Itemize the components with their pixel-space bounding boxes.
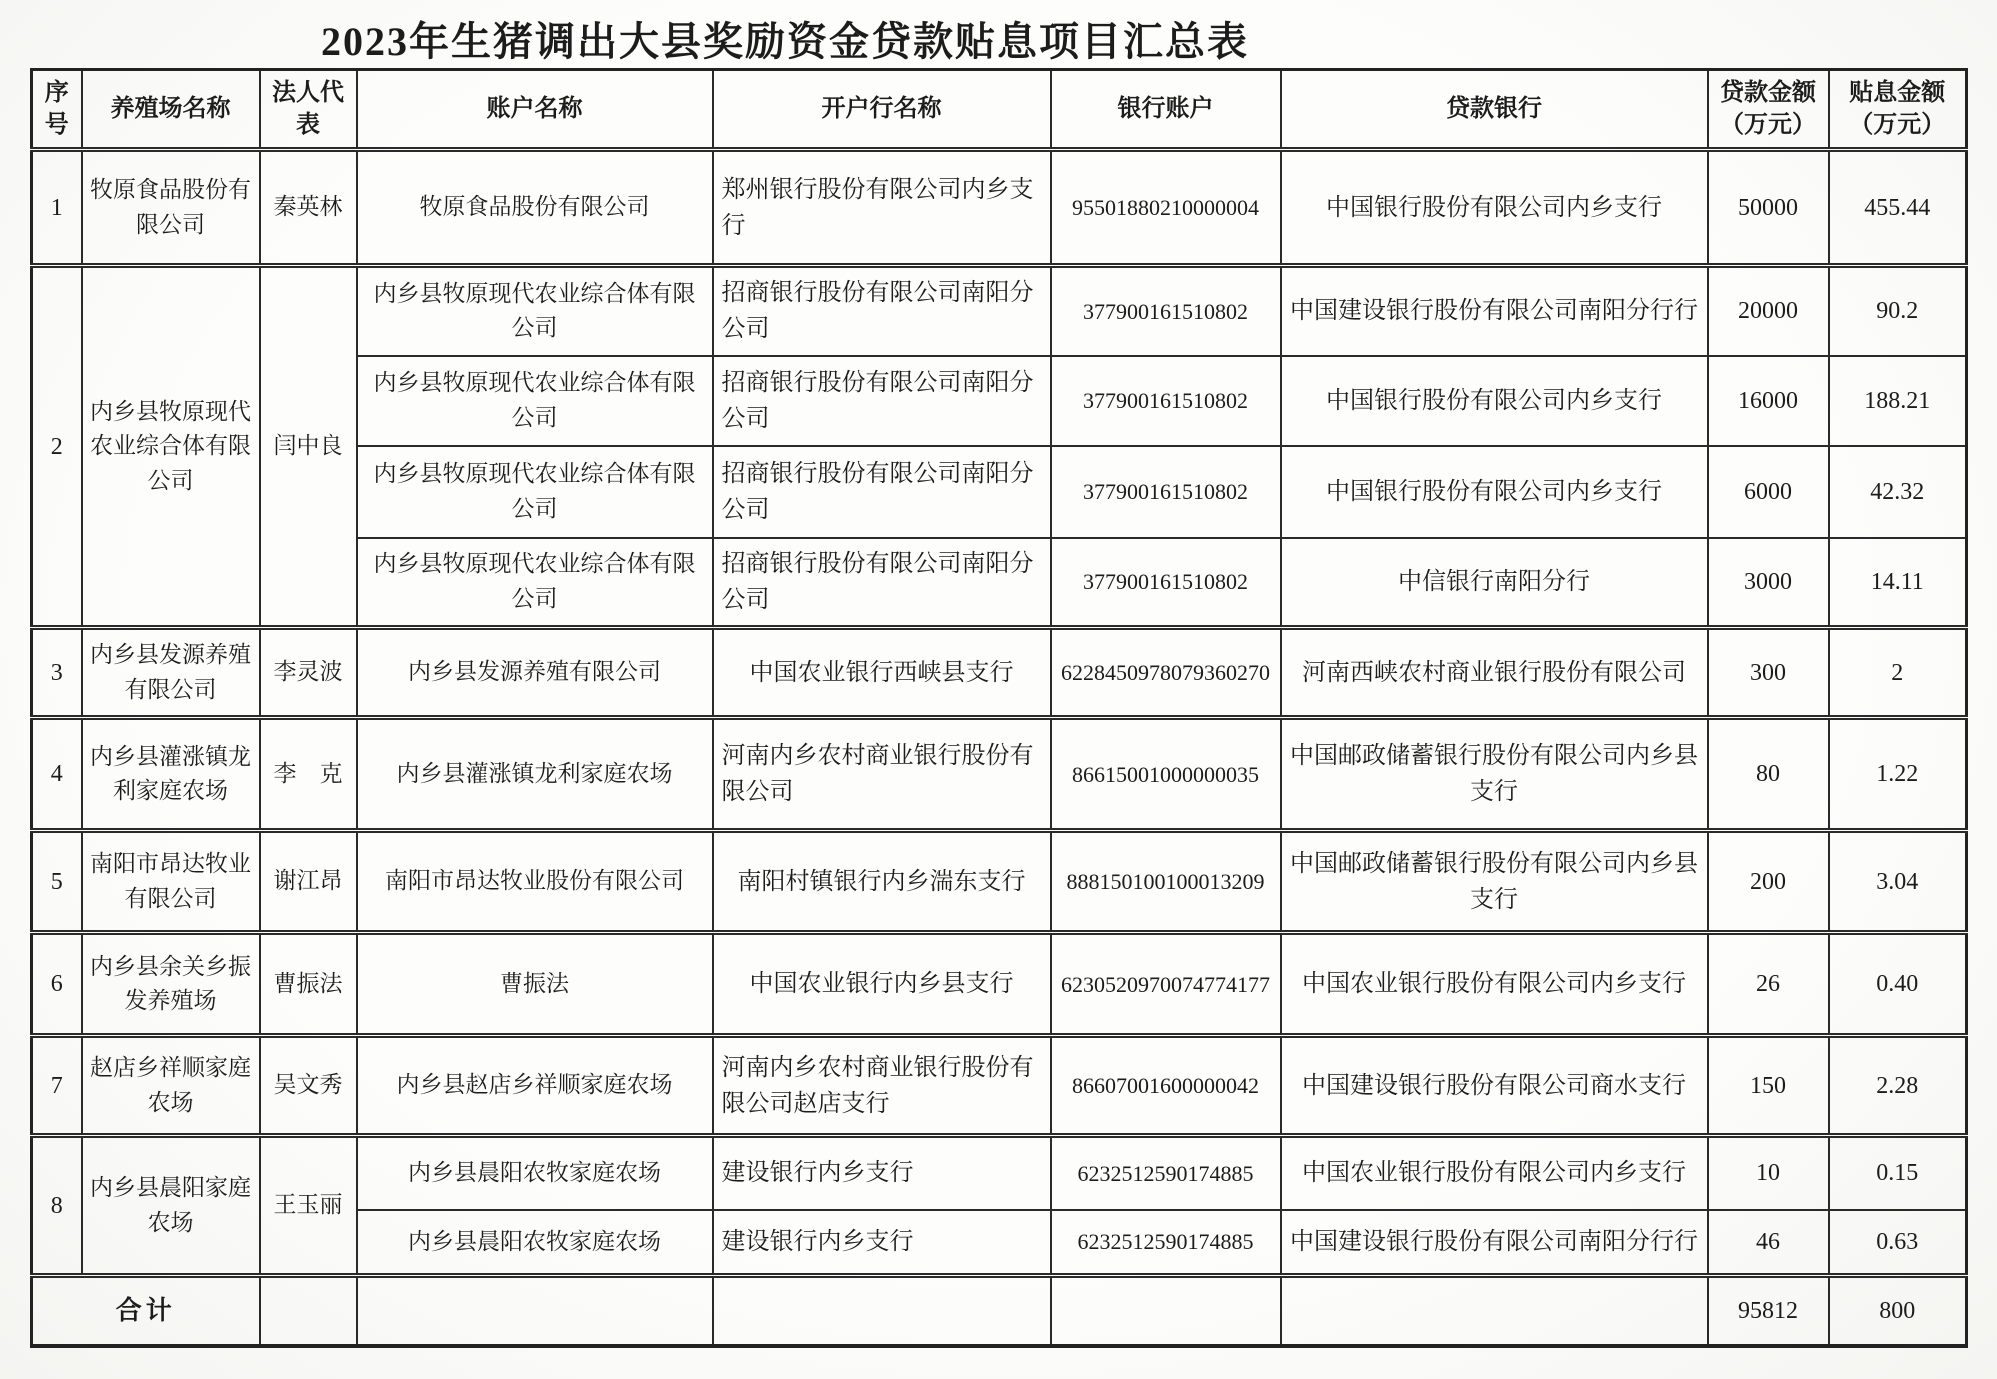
total-empty-cell — [713, 1276, 1051, 1346]
loan-amount: 6000 — [1708, 446, 1829, 538]
lending-bank: 中国农业银行股份有限公司内乡支行 — [1281, 933, 1708, 1036]
account-name: 内乡县灌涨镇龙利家庭农场 — [357, 718, 713, 831]
lending-bank: 中国建设银行股份有限公司南阳分行行 — [1281, 1210, 1708, 1276]
header-farm: 养殖场名称 — [82, 70, 260, 150]
loan-amount: 26 — [1708, 933, 1829, 1036]
account-name: 内乡县晨阳农牧家庭农场 — [357, 1210, 713, 1276]
legal-representative: 秦英林 — [260, 150, 357, 266]
header-account-name: 账户名称 — [357, 70, 713, 150]
header-legal-rep: 法人代表 — [260, 70, 357, 150]
total-empty-cell — [1281, 1276, 1708, 1346]
row-index: 6 — [32, 933, 82, 1036]
account-name: 内乡县发源养殖有限公司 — [357, 628, 713, 718]
account-name: 内乡县赵店乡祥顺家庭农场 — [357, 1036, 713, 1136]
bank-branch-name: 河南内乡农村商业银行股份有限公司 — [713, 718, 1051, 831]
loan-amount: 16000 — [1708, 356, 1829, 446]
legal-representative: 吴文秀 — [260, 1036, 357, 1136]
table-row: 5南阳市昂达牧业有限公司谢江昂南阳市昂达牧业股份有限公司南阳村镇银行内乡湍东支行… — [32, 831, 1967, 933]
bank-branch-name: 中国农业银行西峡县支行 — [713, 628, 1051, 718]
document-page: 2023年生猪调出大县奖励资金贷款贴息项目汇总表 序号养殖场名称法人代表账户名称… — [0, 0, 1997, 1379]
loan-amount: 80 — [1708, 718, 1829, 831]
total-empty-cell — [1051, 1276, 1281, 1346]
subsidy-amount: 14.11 — [1829, 538, 1967, 628]
table-row: 3内乡县发源养殖有限公司李灵波内乡县发源养殖有限公司中国农业银行西峡县支行622… — [32, 628, 1967, 718]
loan-amount: 46 — [1708, 1210, 1829, 1276]
farm-name: 牧原食品股份有限公司 — [82, 150, 260, 266]
row-index: 2 — [32, 266, 82, 628]
loan-amount: 50000 — [1708, 150, 1829, 266]
bank-branch-name: 南阳村镇银行内乡湍东支行 — [713, 831, 1051, 933]
legal-representative: 闫中良 — [260, 266, 357, 628]
header-loan-amount: 贷款金额（万元） — [1708, 70, 1829, 150]
bank-account-number: 86615001000000035 — [1051, 718, 1281, 831]
account-name: 南阳市昂达牧业股份有限公司 — [357, 831, 713, 933]
account-name: 内乡县晨阳农牧家庭农场 — [357, 1136, 713, 1210]
bank-account-number: 6228450978079360270 — [1051, 628, 1281, 718]
bank-account-number: 6232512590174885 — [1051, 1210, 1281, 1276]
farm-name: 内乡县余关乡振发养殖场 — [82, 933, 260, 1036]
header-lending-bank: 贷款银行 — [1281, 70, 1708, 150]
lending-bank: 中信银行南阳分行 — [1281, 538, 1708, 628]
bank-branch-name: 河南内乡农村商业银行股份有限公司赵店支行 — [713, 1036, 1051, 1136]
loan-amount: 20000 — [1708, 266, 1829, 356]
account-name: 内乡县牧原现代农业综合体有限公司 — [357, 356, 713, 446]
total-row: 合计95812800 — [32, 1276, 1967, 1346]
legal-representative: 李灵波 — [260, 628, 357, 718]
table-row: 4内乡县灌涨镇龙利家庭农场李 克内乡县灌涨镇龙利家庭农场河南内乡农村商业银行股份… — [32, 718, 1967, 831]
bank-branch-name: 招商银行股份有限公司南阳分公司 — [713, 266, 1051, 356]
bank-account-number: 888150100100013209 — [1051, 831, 1281, 933]
subsidy-amount: 3.04 — [1829, 831, 1967, 933]
lending-bank: 中国银行股份有限公司内乡支行 — [1281, 446, 1708, 538]
legal-representative: 曹振法 — [260, 933, 357, 1036]
page-title: 2023年生猪调出大县奖励资金贷款贴息项目汇总表 — [321, 19, 1249, 64]
lending-bank: 中国建设银行股份有限公司南阳分行行 — [1281, 266, 1708, 356]
row-index: 1 — [32, 150, 82, 266]
loan-amount: 200 — [1708, 831, 1829, 933]
loan-amount: 300 — [1708, 628, 1829, 718]
bank-account-number: 377900161510802 — [1051, 538, 1281, 628]
subsidy-amount: 0.63 — [1829, 1210, 1967, 1276]
bank-account-number: 6232512590174885 — [1051, 1136, 1281, 1210]
bank-branch-name: 招商银行股份有限公司南阳分公司 — [713, 538, 1051, 628]
legal-representative: 李 克 — [260, 718, 357, 831]
lending-bank: 中国农业银行股份有限公司内乡支行 — [1281, 1136, 1708, 1210]
lending-bank: 中国银行股份有限公司内乡支行 — [1281, 150, 1708, 266]
row-index: 5 — [32, 831, 82, 933]
row-index: 8 — [32, 1136, 82, 1276]
subsidy-amount: 188.21 — [1829, 356, 1967, 446]
subsidy-amount-total: 800 — [1829, 1276, 1967, 1346]
table-row: 2内乡县牧原现代农业综合体有限公司闫中良内乡县牧原现代农业综合体有限公司招商银行… — [32, 266, 1967, 356]
lending-bank: 中国邮政储蓄银行股份有限公司内乡县支行 — [1281, 831, 1708, 933]
header-row: 序号养殖场名称法人代表账户名称开户行名称银行账户贷款银行贷款金额（万元）贴息金额… — [32, 70, 1967, 150]
farm-name: 南阳市昂达牧业有限公司 — [82, 831, 260, 933]
table-row: 1牧原食品股份有限公司秦英林牧原食品股份有限公司郑州银行股份有限公司内乡支行95… — [32, 150, 1967, 266]
bank-account-number: 377900161510802 — [1051, 266, 1281, 356]
lending-bank: 中国邮政储蓄银行股份有限公司内乡县支行 — [1281, 718, 1708, 831]
bank-branch-name: 招商银行股份有限公司南阳分公司 — [713, 356, 1051, 446]
bank-branch-name: 建设银行内乡支行 — [713, 1136, 1051, 1210]
account-name: 内乡县牧原现代农业综合体有限公司 — [357, 446, 713, 538]
subsidy-amount: 42.32 — [1829, 446, 1967, 538]
lending-bank: 中国银行股份有限公司内乡支行 — [1281, 356, 1708, 446]
subsidy-amount: 2 — [1829, 628, 1967, 718]
row-index: 4 — [32, 718, 82, 831]
bank-account-number: 377900161510802 — [1051, 446, 1281, 538]
subsidy-amount: 90.2 — [1829, 266, 1967, 356]
loan-amount-total: 95812 — [1708, 1276, 1829, 1346]
total-empty-cell — [357, 1276, 713, 1346]
account-name: 内乡县牧原现代农业综合体有限公司 — [357, 538, 713, 628]
bank-account-number: 95501880210000004 — [1051, 150, 1281, 266]
bank-account-number: 86607001600000042 — [1051, 1036, 1281, 1136]
bank-branch-name: 建设银行内乡支行 — [713, 1210, 1051, 1276]
account-name: 曹振法 — [357, 933, 713, 1036]
title-row: 2023年生猪调出大县奖励资金贷款贴息项目汇总表 — [0, 0, 1570, 68]
account-name: 内乡县牧原现代农业综合体有限公司 — [357, 266, 713, 356]
legal-representative: 谢江昂 — [260, 831, 357, 933]
bank-branch-name: 郑州银行股份有限公司内乡支行 — [713, 150, 1051, 266]
row-index: 3 — [32, 628, 82, 718]
table-header: 序号养殖场名称法人代表账户名称开户行名称银行账户贷款银行贷款金额（万元）贴息金额… — [32, 70, 1967, 150]
table-row: 6内乡县余关乡振发养殖场曹振法曹振法中国农业银行内乡县支行62305209700… — [32, 933, 1967, 1036]
legal-representative: 王玉丽 — [260, 1136, 357, 1276]
header-bank-account: 银行账户 — [1051, 70, 1281, 150]
lending-bank: 河南西峡农村商业银行股份有限公司 — [1281, 628, 1708, 718]
farm-name: 内乡县晨阳家庭农场 — [82, 1136, 260, 1276]
summary-table: 序号养殖场名称法人代表账户名称开户行名称银行账户贷款银行贷款金额（万元）贴息金额… — [30, 68, 1968, 1348]
subsidy-amount: 2.28 — [1829, 1036, 1967, 1136]
subsidy-amount: 0.40 — [1829, 933, 1967, 1036]
subsidy-amount: 455.44 — [1829, 150, 1967, 266]
bank-account-number: 6230520970074774177 — [1051, 933, 1281, 1036]
bank-branch-name: 招商银行股份有限公司南阳分公司 — [713, 446, 1051, 538]
table-row: 7赵店乡祥顺家庭农场吴文秀内乡县赵店乡祥顺家庭农场河南内乡农村商业银行股份有限公… — [32, 1036, 1967, 1136]
header-bank-branch: 开户行名称 — [713, 70, 1051, 150]
total-empty-cell — [260, 1276, 357, 1346]
loan-amount: 3000 — [1708, 538, 1829, 628]
row-index: 7 — [32, 1036, 82, 1136]
loan-amount: 10 — [1708, 1136, 1829, 1210]
subsidy-amount: 1.22 — [1829, 718, 1967, 831]
total-label: 合计 — [32, 1276, 260, 1346]
lending-bank: 中国建设银行股份有限公司商水支行 — [1281, 1036, 1708, 1136]
table-row: 8内乡县晨阳家庭农场王玉丽内乡县晨阳农牧家庭农场建设银行内乡支行62325125… — [32, 1136, 1967, 1210]
farm-name: 赵店乡祥顺家庭农场 — [82, 1036, 260, 1136]
farm-name: 内乡县灌涨镇龙利家庭农场 — [82, 718, 260, 831]
bank-account-number: 377900161510802 — [1051, 356, 1281, 446]
subsidy-amount: 0.15 — [1829, 1136, 1967, 1210]
farm-name: 内乡县牧原现代农业综合体有限公司 — [82, 266, 260, 628]
header-index: 序号 — [32, 70, 82, 150]
bank-branch-name: 中国农业银行内乡县支行 — [713, 933, 1051, 1036]
account-name: 牧原食品股份有限公司 — [357, 150, 713, 266]
farm-name: 内乡县发源养殖有限公司 — [82, 628, 260, 718]
header-subsidy-amount: 贴息金额（万元） — [1829, 70, 1967, 150]
loan-amount: 150 — [1708, 1036, 1829, 1136]
